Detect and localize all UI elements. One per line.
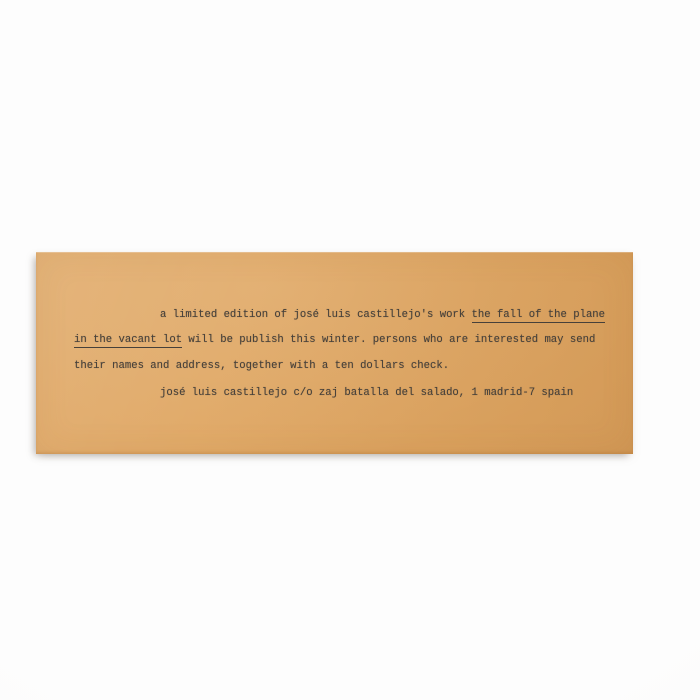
- announcement-line-3: their names and address, together with a…: [74, 354, 611, 379]
- announcement-line-2: in the vacant lot will be publish this w…: [74, 328, 611, 353]
- paper-card: a limited edition of josé luis castillej…: [36, 252, 633, 454]
- announcement-line-2-text: will be publish this winter. persons who…: [182, 334, 595, 346]
- announcement-text: a limited edition of josé luis castillej…: [74, 303, 611, 406]
- work-title-underlined-part-1: the fall of the plane: [472, 309, 606, 323]
- photo-background: a limited edition of josé luis castillej…: [0, 0, 700, 700]
- announcement-line-1: a limited edition of josé luis castillej…: [74, 303, 611, 328]
- address-line: josé luis castillejo c/o zaj batalla del…: [74, 381, 611, 406]
- work-title-underlined-part-2: in the vacant lot: [74, 334, 182, 348]
- announcement-line-1-text: a limited edition of josé luis castillej…: [160, 309, 472, 321]
